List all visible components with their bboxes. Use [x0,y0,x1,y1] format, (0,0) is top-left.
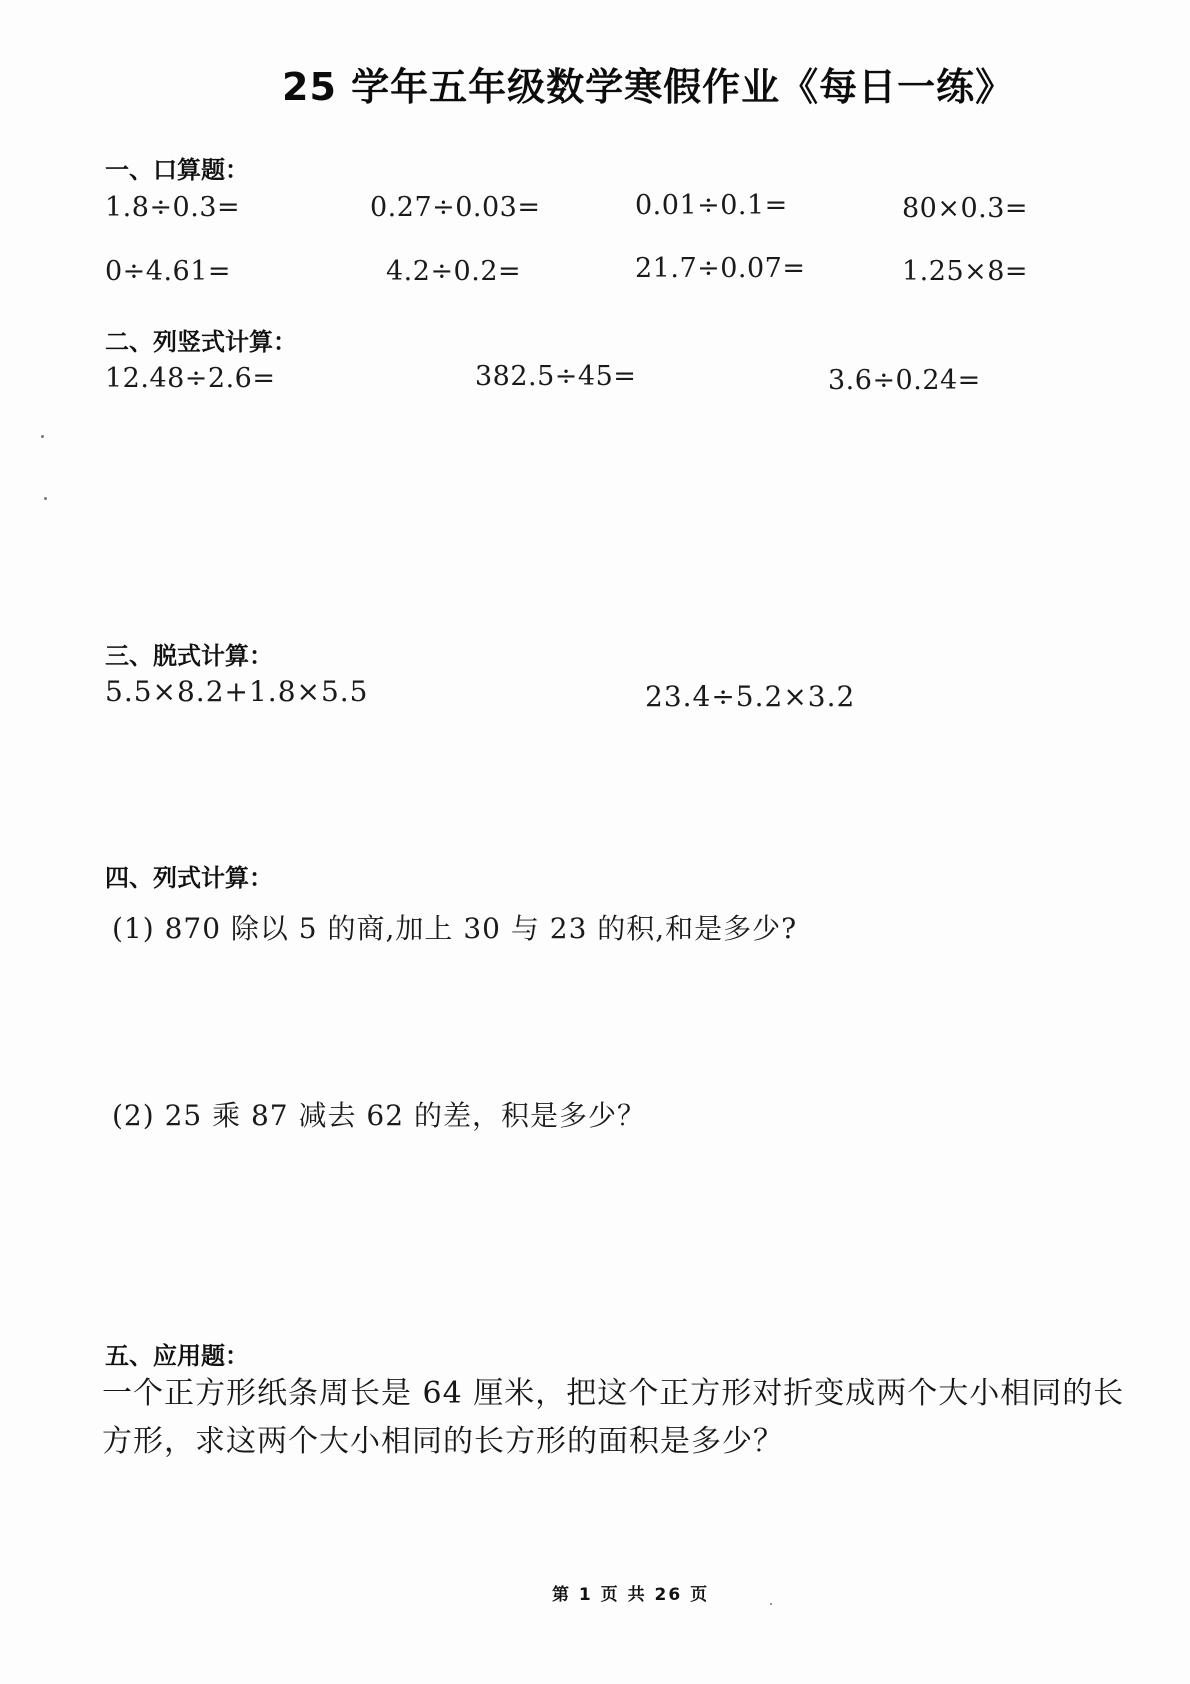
word-calc-1: (1) 870 除以 5 的商,加上 30 与 23 的积,和是多少? [112,907,797,947]
page-title: 25 学年五年级数学寒假作业《每日一练》 [282,56,1014,111]
oral-problem-6: 4.2÷0.2= [386,256,521,287]
section-1-heading: 一、口算题： [105,150,249,185]
oral-problem-1: 1.8÷0.3= [105,192,240,223]
oral-problem-5: 0÷4.61= [105,256,231,287]
oral-problem-4: 80×0.3= [902,193,1028,224]
oral-problem-7: 21.7÷0.07= [635,253,805,284]
section-4-heading: 四、列式计算： [105,858,273,893]
scan-speck [44,497,47,500]
word-calc-2: (2) 25 乘 87 减去 62 的差，积是多少？ [112,1094,646,1134]
scan-speck [41,435,44,438]
oral-problem-3: 0.01÷0.1= [635,190,788,221]
section-3-heading: 三、脱式计算： [105,636,273,671]
section-5-heading: 五、应用题： [105,1336,249,1371]
application-problem-line-2: 方形，求这两个大小相同的长方形的面积是多少？ [102,1418,784,1466]
oral-problem-2: 0.27÷0.03= [370,192,540,223]
vertical-calc-1: 12.48÷2.6= [105,363,275,394]
stepwise-calc-2: 23.4÷5.2×3.2 [645,680,855,713]
page-footer: 第 1 页 共 26 页 [552,1580,709,1605]
application-problem-line-1: 一个正方形纸条周长是 64 厘米，把这个正方形对折变成两个大小相同的长 [102,1370,1124,1418]
section-2-heading: 二、列竖式计算： [105,322,297,357]
stepwise-calc-1: 5.5×8.2+1.8×5.5 [105,675,369,708]
vertical-calc-2: 382.5÷45= [475,361,636,392]
scan-speck [770,1603,772,1605]
vertical-calc-3: 3.6÷0.24= [828,365,981,396]
oral-problem-8: 1.25×8= [902,256,1028,287]
